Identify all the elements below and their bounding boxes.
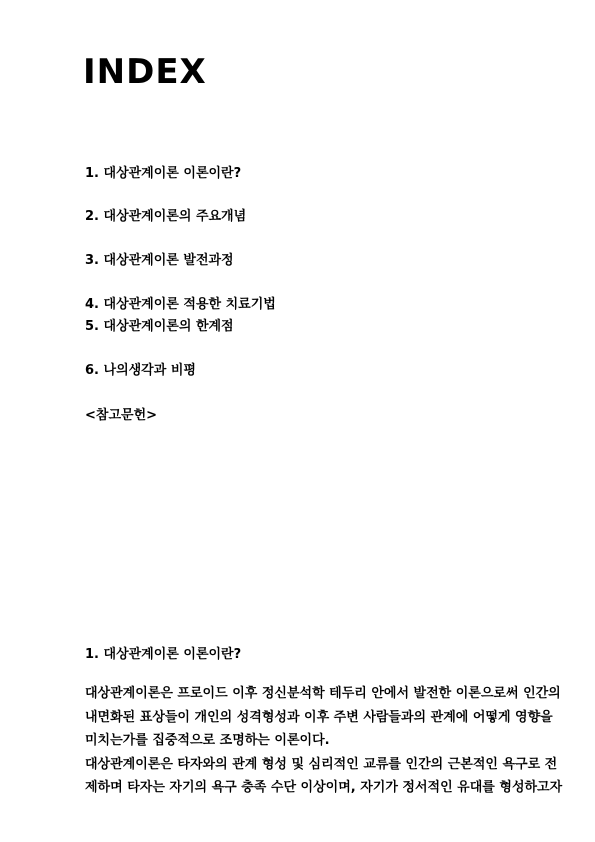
section-paragraph: 대상관계이론은 프로이드 이후 정신분석학 테두리 안에서 발전한 이론으로써 … (85, 682, 511, 800)
paragraph-line: 제하며 타자는 자기의 욕구 충족 수단 이상이며, 자기가 정서적인 유대를 … (85, 776, 511, 800)
page-title: INDEX (83, 52, 207, 92)
paragraph-line: 내면화된 표상들이 개인의 성격형성과 이후 주변 사람들과의 관계에 어떻게 … (85, 706, 511, 730)
index-item-5: 5. 대상관계이론의 한계점 (85, 315, 234, 334)
index-item-3: 3. 대상관계이론 발전과정 (85, 249, 234, 268)
index-item-4: 4. 대상관계이론 적용한 치료기법 (85, 293, 276, 312)
index-item-2: 2. 대상관계이론의 주요개념 (85, 205, 246, 224)
paragraph-line: 미치는가를 집중적으로 조명하는 이론이다. (85, 729, 511, 753)
paragraph-line: 대상관계이론은 타자와의 관계 형성 및 심리적인 교류를 인간의 근본적인 욕… (85, 753, 511, 777)
document-page: INDEX 1. 대상관계이론 이론이란? 2. 대상관계이론의 주요개념 3.… (0, 0, 595, 842)
index-item-1: 1. 대상관계이론 이론이란? (85, 162, 241, 181)
index-item-6: 6. 나의생각과 비평 (85, 359, 196, 378)
section-heading: 1. 대상관계이론 이론이란? (85, 643, 241, 662)
references-label: <참고문헌> (85, 404, 157, 423)
paragraph-line: 대상관계이론은 프로이드 이후 정신분석학 테두리 안에서 발전한 이론으로써 … (85, 682, 511, 706)
